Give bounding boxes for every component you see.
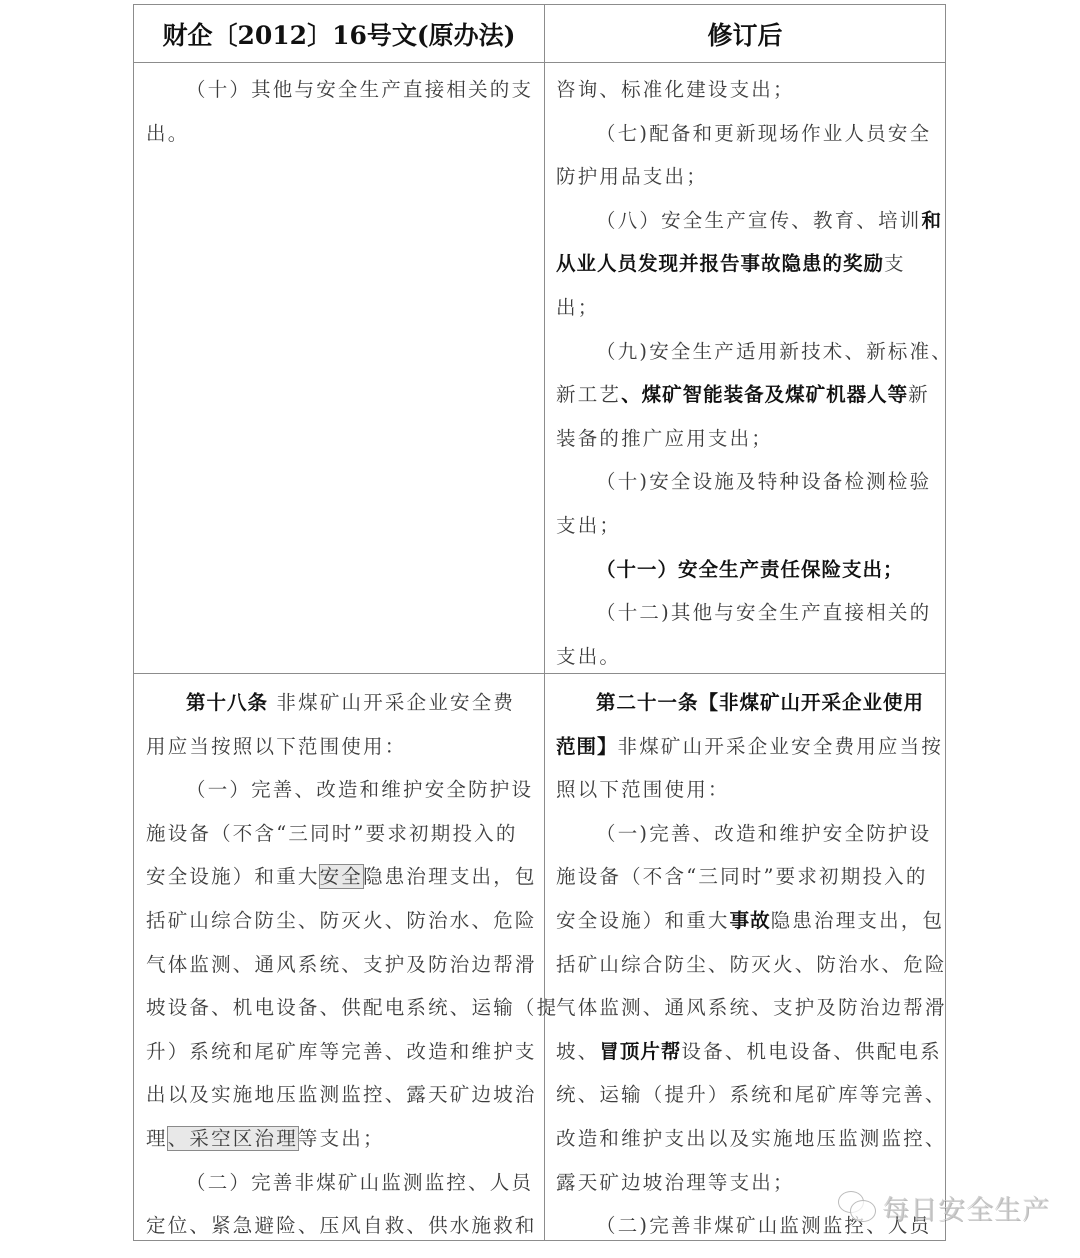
article-title: 第十八条 [186, 691, 268, 714]
text-line: 升）系统和尾矿库等完善、改造和维护支 [146, 1030, 538, 1074]
article-title: 范围】 [556, 735, 618, 758]
article-title: 第二十一条【非煤矿山开采企业使用 [596, 691, 924, 714]
text-highlight-deleted: 、采空区治理 [168, 1127, 298, 1150]
text-normal: 非煤矿山开采企业安全费 [268, 691, 515, 714]
text-line: 施设备（不含“三同时”要求初期投入的 [146, 812, 538, 856]
text-line: （十二)其他与安全生产直接相关的 [556, 591, 941, 635]
text-line: 改造和维护支出以及实施地压监测监控、 [556, 1117, 941, 1161]
text-added-bold: 、煤矿智能装备及煤矿机器人等 [621, 383, 908, 406]
text-line: （九)安全生产适用新技术、新标准、 [556, 330, 941, 374]
text-normal: 支 [884, 252, 906, 275]
text-line: 装备的推广应用支出； [556, 417, 941, 461]
text-normal: 新工艺 [556, 383, 621, 406]
text-normal: （八）安全生产宣传、教育、培训 [596, 209, 922, 232]
text-line: 坡、冒顶片帮设备、机电设备、供配电系 [556, 1030, 941, 1074]
row1-revised-cell: 咨询、标准化建设支出； （七)配备和更新现场作业人员安全 防护用品支出； （八）… [556, 68, 941, 678]
text-line: （十一）安全生产责任保险支出； [556, 548, 941, 592]
text-line: 用应当按照以下范围使用： [146, 725, 538, 769]
text-line: 出； [556, 286, 941, 330]
text-line: 支出。 [556, 635, 941, 679]
text-line: 第十八条 非煤矿山开采企业安全费 [146, 681, 538, 725]
text-line: （七)配备和更新现场作业人员安全 [556, 112, 941, 156]
text-normal: 坡、 [556, 1040, 599, 1063]
text-normal: 设备、机电设备、供配电系 [681, 1040, 941, 1063]
text-line: （十)安全设施及特种设备检测检验 [556, 460, 941, 504]
text-line: 照以下范围使用： [556, 768, 941, 812]
text-added-bold: （十一）安全生产责任保险支出； [596, 558, 904, 581]
text-line: 新工艺、煤矿智能装备及煤矿机器人等新 [556, 373, 941, 417]
text-line: 安全设施）和重大安全隐患治理支出，包 [146, 855, 538, 899]
text-line: （一)完善、改造和维护安全防护设 [556, 812, 941, 856]
text-line: 支出； [556, 504, 941, 548]
text-line: 第二十一条【非煤矿山开采企业使用 [556, 681, 941, 725]
text-line: 理、采空区治理等支出； [146, 1117, 538, 1161]
text-line: 括矿山综合防尘、防灭火、防治水、危险 [146, 899, 538, 943]
text-line: 坡设备、机电设备、供配电系统、运输（提 [146, 986, 538, 1030]
text-normal: 新 [908, 383, 930, 406]
text-line: 定位、紧急避险、压风自救、供水施救和 [146, 1204, 538, 1248]
row2-revised-cell: 第二十一条【非煤矿山开采企业使用 范围】非煤矿山开采企业安全费用应当按 照以下范… [556, 681, 941, 1248]
text-normal: 非煤矿山开采企业安全费用应当按 [618, 735, 944, 758]
text-line: 括矿山综合防尘、防灭火、防治水、危险 [556, 943, 941, 987]
text-line: 统、运输（提升）系统和尾矿库等完善、 [556, 1073, 941, 1117]
row2-original-cell: 第十八条 非煤矿山开采企业安全费 用应当按照以下范围使用： （一）完善、改造和维… [146, 681, 538, 1248]
text-added-bold: 冒顶片帮 [599, 1040, 681, 1063]
header-revised: 修订后 [545, 5, 945, 63]
text-line: 气体监测、通风系统、支护及防治边帮滑 [556, 986, 941, 1030]
text-line: （一）完善、改造和维护安全防护设 [146, 768, 538, 812]
watermark: 每日安全生产 [838, 1188, 1050, 1227]
text-added-bold: 事故 [730, 909, 771, 932]
text-added-bold: 从业人员发现并报告事故隐患的奖励 [556, 252, 884, 275]
text-highlight-deleted: 安全 [320, 865, 363, 888]
text-normal: 隐患治理支出，包 [363, 865, 537, 888]
comparison-table: 财企〔2012〕16号文(原办法) 修订后 （十）其他与安全生产直接相关的支 出… [133, 4, 946, 1241]
text-line: 出。 [146, 112, 538, 156]
text-line: （二）完善非煤矿山监测监控、人员 [146, 1161, 538, 1205]
text-line: 施设备（不含“三同时”要求初期投入的 [556, 855, 941, 899]
text-line: 咨询、标准化建设支出； [556, 68, 941, 112]
text-line: 防护用品支出； [556, 155, 941, 199]
text-line: 范围】非煤矿山开采企业安全费用应当按 [556, 725, 941, 769]
text-line: 从业人员发现并报告事故隐患的奖励支 [556, 242, 941, 286]
text-line: 出以及实施地压监测监控、露天矿边坡治 [146, 1073, 538, 1117]
text-normal: 隐患治理支出，包 [771, 909, 945, 932]
text-line: （十）其他与安全生产直接相关的支 [146, 68, 538, 112]
text-line: 气体监测、通风系统、支护及防治边帮滑 [146, 943, 538, 987]
wechat-icon [838, 1191, 878, 1225]
text-normal: 安全设施）和重大 [146, 865, 320, 888]
text-line: 安全设施）和重大事故隐患治理支出，包 [556, 899, 941, 943]
text-normal: 等支出； [298, 1127, 385, 1150]
header-original: 财企〔2012〕16号文(原办法) [134, 5, 544, 63]
column-divider [544, 5, 545, 1240]
text-added-bold: 和 [922, 209, 943, 232]
text-normal: 安全设施）和重大 [556, 909, 730, 932]
row1-original-cell: （十）其他与安全生产直接相关的支 出。 [146, 68, 538, 155]
text-line: （八）安全生产宣传、教育、培训和 [556, 199, 941, 243]
watermark-text: 每日安全生产 [882, 1188, 1050, 1227]
text-normal: 理 [146, 1127, 168, 1150]
